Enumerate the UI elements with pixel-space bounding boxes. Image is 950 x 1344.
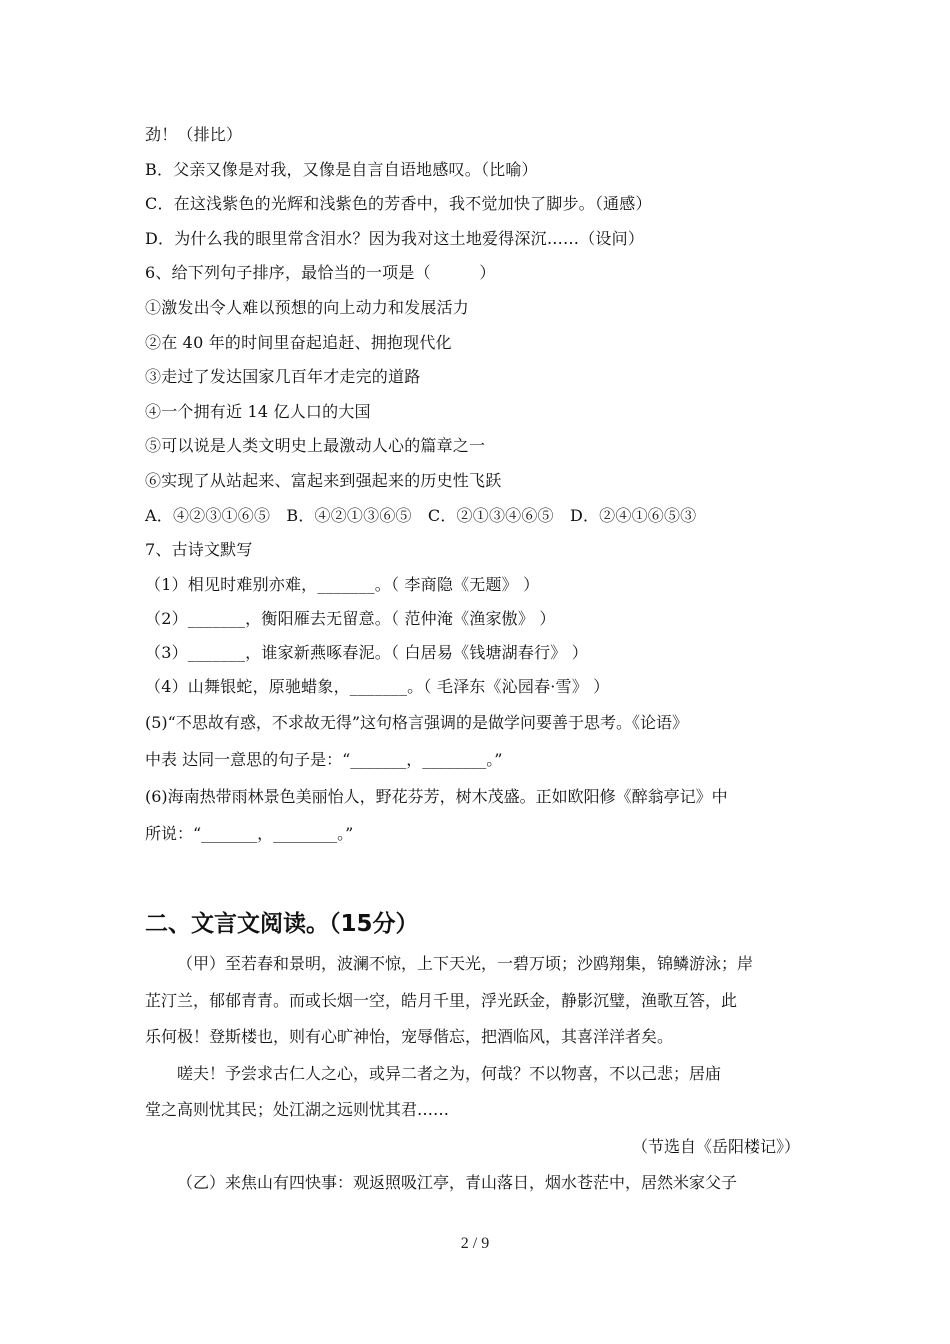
page-number: 2 / 9 bbox=[0, 1235, 950, 1253]
q7-item-4: （4）山舞银蛇，原驰蜡象，_______。（ 毛泽东《沁园春·雪》 ） bbox=[145, 670, 810, 704]
passage-jia2-line-1: 嗟夫！予尝求古仁人之心，或异二者之为，何哉？不以物喜，不以己悲；居庙 bbox=[145, 1056, 810, 1093]
q7-item-2: （2）_______，衡阳雁去无留意。（ 范仲淹《渔家傲》 ） bbox=[145, 602, 810, 636]
q7-item-6-line-1: (6)海南热带雨林景色美丽怡人，野花芬芳，树木茂盛。正如欧阳修《醉翁亭记》中 bbox=[145, 778, 815, 815]
q7-item-5-line-2: 中表 达同一意思的句子是：“_______，________。” bbox=[145, 741, 815, 778]
passage-source: （节选自《岳阳楼记》） bbox=[145, 1129, 810, 1166]
passage-jia-line-3: 乐何极！登斯楼也，则有心旷神怡，宠辱偕忘，把酒临风，其喜洋洋者矣。 bbox=[145, 1019, 810, 1056]
passage-yi-line-1: （乙）来焦山有四快事：观返照吸江亭，青山落日，烟水苍茫中，居然米家父子 bbox=[145, 1165, 810, 1202]
passage-jia2-line-2: 堂之高则忧其民；处江湖之远则忧其君…… bbox=[145, 1092, 810, 1129]
q5-option-b: B．父亲又像是对我，又像是自言自语地感叹。（比喻） bbox=[145, 153, 810, 188]
q7-stem: 7、古诗文默写 bbox=[145, 533, 810, 568]
q7-item-1: （1）相见时难别亦难，_______。（ 李商隐《无题》 ） bbox=[145, 568, 810, 602]
q6-sentence-3: ③走过了发达国家几百年才走完的道路 bbox=[145, 360, 810, 395]
q7-items-5-6: (5)“不思故有惑，不求故无得”这句格言强调的是做学问要善于思考。《论语》 中表… bbox=[145, 704, 815, 852]
passage-jia-line-2: 芷汀兰，郁郁青青。而或长烟一空，皓月千里，浮光跃金，静影沉璧，渔歌互答，此 bbox=[145, 983, 810, 1020]
q5-option-d: D．为什么我的眼里常含泪水？因为我对这土地爱得深沉……（设问） bbox=[145, 222, 810, 257]
questions-block: 劲！（排比） B．父亲又像是对我，又像是自言自语地感叹。（比喻） C．在这浅紫色… bbox=[145, 118, 810, 704]
q6-choices: A．④②③①⑥⑤ B．④②①③⑥⑤ C．②①③④⑥⑤ D．②④①⑥⑤③ bbox=[145, 499, 810, 534]
q6-sentence-1: ①激发出令人难以预想的向上动力和发展活力 bbox=[145, 291, 810, 326]
q6-sentence-2: ②在 40 年的时间里奋起追赶、拥抱现代化 bbox=[145, 326, 810, 361]
q6-sentence-6: ⑥实现了从站起来、富起来到强起来的历史性飞跃 bbox=[145, 464, 810, 499]
q6-sentence-4: ④一个拥有近 14 亿人口的大国 bbox=[145, 395, 810, 430]
classical-passage: （甲）至若春和景明，波澜不惊，上下天光，一碧万顷；沙鸥翔集，锦鳞游泳；岸 芷汀兰… bbox=[145, 946, 810, 1202]
q7-item-3: （3）_______，谁家新燕啄春泥。（ 白居易《钱塘湖春行》 ） bbox=[145, 636, 810, 670]
q7-item-5-line-1: (5)“不思故有惑，不求故无得”这句格言强调的是做学问要善于思考。《论语》 bbox=[145, 704, 815, 741]
document-page: 劲！（排比） B．父亲又像是对我，又像是自言自语地感叹。（比喻） C．在这浅紫色… bbox=[0, 0, 950, 1344]
passage-jia-line-1: （甲）至若春和景明，波澜不惊，上下天光，一碧万顷；沙鸥翔集，锦鳞游泳；岸 bbox=[145, 946, 810, 983]
section-title: 二、文言文阅读。（15分） bbox=[145, 904, 419, 944]
q7-item-6-line-2: 所说：“_______，________。” bbox=[145, 815, 815, 852]
q6-stem: 6、给下列句子排序，最恰当的一项是（ ） bbox=[145, 256, 810, 291]
q6-sentence-5: ⑤可以说是人类文明史上最激动人心的篇章之一 bbox=[145, 429, 810, 464]
q5-option-a-tail: 劲！（排比） bbox=[145, 118, 810, 153]
q5-option-c: C．在这浅紫色的光辉和浅紫色的芳香中，我不觉加快了脚步。（通感） bbox=[145, 187, 810, 222]
